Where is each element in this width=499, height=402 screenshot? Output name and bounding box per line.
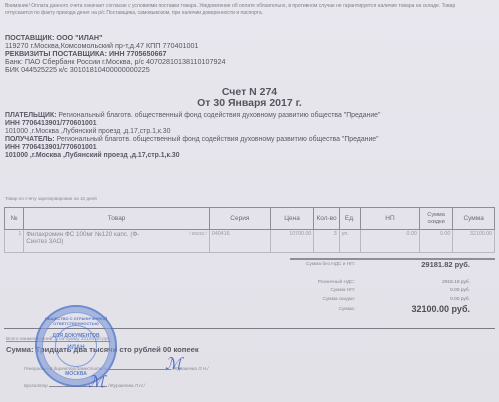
cell-sum: 32100.00: [453, 230, 495, 253]
np-value: 0.00 руб.: [380, 288, 470, 293]
col-product: Товар: [24, 208, 210, 230]
discount-label: Сумма скидки:: [265, 297, 355, 302]
director-sign-field: [109, 364, 171, 370]
cell-price: 10700.00: [270, 230, 314, 253]
recipient-name: Региональный благотв. общественный фонд …: [57, 136, 379, 143]
invoice-page: Внимание! Оплата данного счета означает …: [0, 0, 499, 402]
col-price: Цена: [270, 208, 314, 230]
payer-line: ПЛАТЕЛЬЩИК: Региональный благотв. общест…: [5, 112, 380, 120]
col-unit: Ед.: [339, 208, 360, 230]
col-series: Серия: [209, 208, 270, 230]
no-vat-label: Сумма без НДС и НП:: [265, 262, 355, 267]
retail-vat-value: 2918.18 руб.: [380, 280, 470, 285]
accountant-signature-icon: ℳ: [88, 372, 105, 391]
product-code: / 89252 /: [189, 231, 207, 236]
stamp-inner-text: ДЛЯ ДОКУМЕНТОВ: [37, 333, 115, 339]
supplier-bik: БИК 044525225 к/с 30101810400000000225: [5, 66, 150, 74]
no-vat-value: 29181.82 руб.: [380, 260, 470, 269]
payer-address: 101000 ,г.Москва ,Лубянский проезд ,д.17…: [5, 128, 170, 136]
recipient-inn: ИНН 7706413901/770601001: [5, 144, 97, 152]
accountant-name: /Журавлева Л.Н./: [108, 383, 145, 388]
total-value: 32100.00 руб.: [380, 304, 470, 314]
table-row: 1 Филахромин ФС 100мг №120 капс. (Ф-Синт…: [5, 230, 495, 253]
np-label: Сумма НП:: [265, 288, 355, 293]
product-name: Филахромин ФС 100мг №120 капс. (Ф-Синтез…: [26, 231, 156, 245]
recipient-address: 101000 ,г.Москва ,Лубянский проезд ,д.17…: [5, 152, 180, 160]
cell-np: 0.00: [361, 230, 420, 253]
col-discount: Сумма скидки: [419, 208, 452, 230]
payer-label: ПЛАТЕЛЬЩИК:: [5, 112, 57, 119]
reserved-note: Товар по счету зарезервирован на 10 дней: [5, 196, 97, 201]
payer-inn: ИНН 7706413901/770601001: [5, 120, 97, 128]
retail-vat-label: Розничный НДС:: [265, 280, 355, 285]
recipient-line: ПОЛУЧАТЕЛЬ: Региональный благотв. общест…: [5, 136, 379, 144]
items-table: № Товар Серия Цена Кол-во Ед. НП Сумма с…: [4, 207, 495, 253]
total-label: Сумма:: [265, 307, 355, 312]
cell-number: 1: [5, 230, 24, 253]
col-qty: Кол-во: [314, 208, 339, 230]
col-np: НП: [361, 208, 420, 230]
discount-value: 0.00 руб.: [380, 297, 470, 302]
accountant-label: Бухгалтер: [24, 383, 48, 388]
table-header-row: № Товар Серия Цена Кол-во Ед. НП Сумма с…: [5, 208, 495, 230]
director-signature-icon: ℳ: [165, 354, 182, 373]
payer-name: Региональный благотв. общественный фонд …: [58, 112, 380, 119]
payment-notice: Внимание! Оплата данного счета означает …: [5, 3, 475, 16]
cell-qty: 3: [314, 230, 339, 253]
recipient-label: ПОЛУЧАТЕЛЬ:: [5, 136, 55, 143]
cell-unit: уп.: [339, 230, 360, 253]
col-sum: Сумма: [453, 208, 495, 230]
col-number: №: [5, 208, 24, 230]
cell-discount: 0.00: [419, 230, 452, 253]
stamp-center-text: ИЛАН: [37, 345, 115, 351]
cell-series: 040416: [209, 230, 270, 253]
stamp-outer-text: ОБЩЕСТВО С ОГРАНИЧЕННОЙ ОТВЕТСТВЕННОСТЬЮ: [37, 316, 115, 326]
invoice-date: От 30 Января 2017 г.: [0, 97, 499, 109]
cell-product: Филахромин ФС 100мг №120 капс. (Ф-Синтез…: [24, 230, 210, 253]
